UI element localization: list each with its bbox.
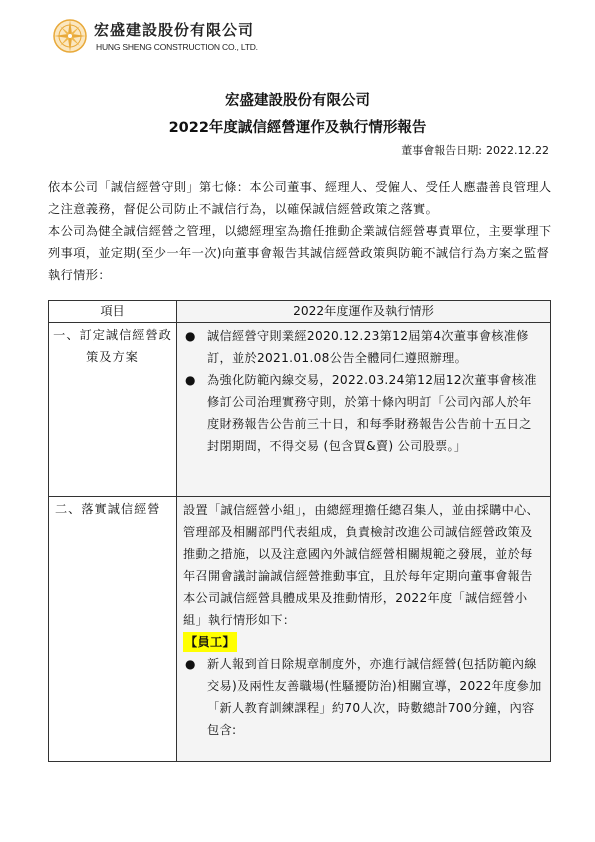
- row-item-cell: 一、訂定誠信經營政策及方案: [49, 323, 177, 497]
- compass-rose-logo-icon: [52, 18, 88, 54]
- row-content-cell: ● 誠信經營守則業經2020.12.23第12屆第4次董事會核准修訂，並於202…: [177, 323, 551, 497]
- report-date: 董事會報告日期:2022.12.22: [397, 142, 549, 158]
- list-item: ● 誠信經營守則業經2020.12.23第12屆第4次董事會核准修訂，並於202…: [183, 325, 544, 369]
- row-item-label: 一、訂定誠信經營政策及方案: [49, 323, 176, 368]
- row-paragraph: 設置「誠信經營小組」，由總經理擔任總召集人，並由採購中心、管理部及相關部門代表組…: [183, 499, 544, 631]
- intro-text: 依本公司「誠信經營守則」第七條：本公司董事、經理人、受僱人、受任人應盡善良管理人…: [48, 176, 553, 286]
- company-name-zh: 宏盛建設股份有限公司: [94, 21, 258, 39]
- table-header-row: 項目 2022年度運作及執行情形: [49, 301, 551, 323]
- list-item: ● 為強化防範內線交易，2022.03.24第12屆12次董事會核准修訂公司治理…: [183, 369, 544, 457]
- intro-paragraph-2: 本公司為健全誠信經營之管理，以總經理室為擔任推動企業誠信經營專責單位，主要掌理下…: [48, 220, 553, 286]
- report-date-value: 2022.12.22: [486, 144, 549, 157]
- bullet-icon: ●: [183, 653, 207, 741]
- table-row: 二、落實誠信經營 設置「誠信經營小組」，由總經理擔任總召集人，並由採購中心、管理…: [49, 497, 551, 762]
- header-status: 2022年度運作及執行情形: [177, 301, 551, 323]
- row-content-cell: 設置「誠信經營小組」，由總經理擔任總召集人，並由採購中心、管理部及相關部門代表組…: [177, 497, 551, 762]
- row-item-label: 二、落實誠信經營: [49, 497, 176, 520]
- integrity-report-table: 項目 2022年度運作及執行情形 一、訂定誠信經營政策及方案 ● 誠信經營守則業…: [48, 300, 551, 762]
- intro-paragraph-1: 依本公司「誠信經營守則」第七條：本公司董事、經理人、受僱人、受任人應盡善良管理人…: [48, 176, 553, 220]
- bullet-icon: ●: [183, 325, 207, 369]
- document-subtitle: 2022年度誠信經營運作及執行情形報告: [0, 116, 595, 137]
- bullet-icon: ●: [183, 369, 207, 457]
- row-item-cell: 二、落實誠信經營: [49, 497, 177, 762]
- list-item: ● 新人報到首日除規章制度外，亦進行誠信經營(包括防範內線交易)及兩性友善職場(…: [183, 653, 544, 741]
- document-title: 宏盛建設股份有限公司: [0, 89, 595, 110]
- table-row: 一、訂定誠信經營政策及方案 ● 誠信經營守則業經2020.12.23第12屆第4…: [49, 323, 551, 497]
- header-item: 項目: [49, 301, 177, 323]
- section-label-employees: 【員工】: [183, 632, 237, 652]
- report-date-label: 董事會報告日期:: [401, 144, 482, 157]
- company-name-en: HUNG SHENG CONSTRUCTION CO., LTD.: [96, 42, 258, 52]
- letterhead: 宏盛建設股份有限公司 HUNG SHENG CONSTRUCTION CO., …: [52, 16, 258, 56]
